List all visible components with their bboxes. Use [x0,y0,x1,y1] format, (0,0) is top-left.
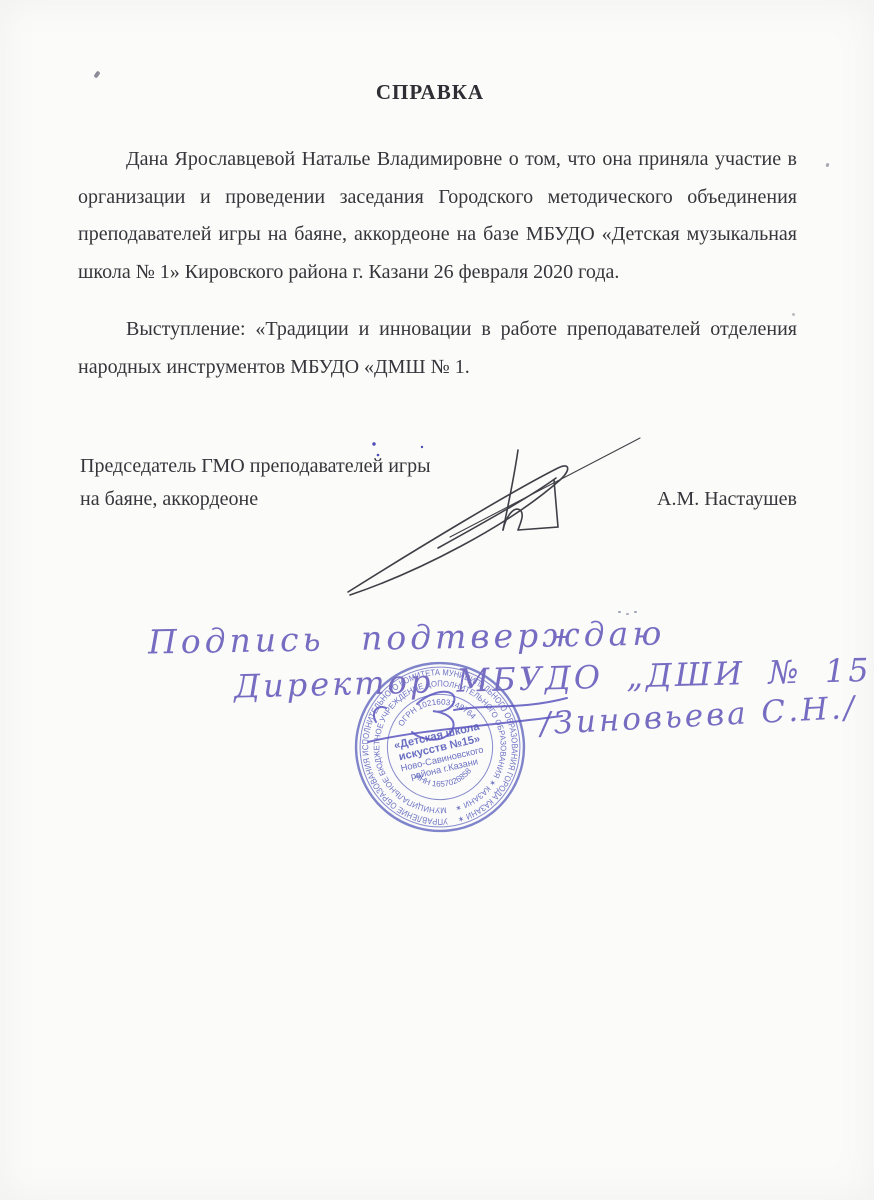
handwritten-signature-icon [318,430,663,605]
handwritten-confirmation-line: Подпись подтверждаю [148,613,666,661]
scan-speck [618,611,621,613]
scan-speck [634,611,637,613]
scan-speck [93,70,100,78]
paragraph-main: Дана Ярославцевой Наталье Владимировне о… [78,141,797,291]
document-title: СПРАВКА [0,80,860,105]
paragraph-presentation: Выступление: «Традиции и инновации в раб… [78,311,797,386]
handwritten-director-name: /Зиновьева С.Н./ [539,690,858,743]
director-signature-icon [362,680,577,755]
document-page: СПРАВКА Дана Ярославцевой Наталье Владим… [0,0,874,1200]
scan-speck [792,313,795,316]
scan-speck [825,163,829,168]
